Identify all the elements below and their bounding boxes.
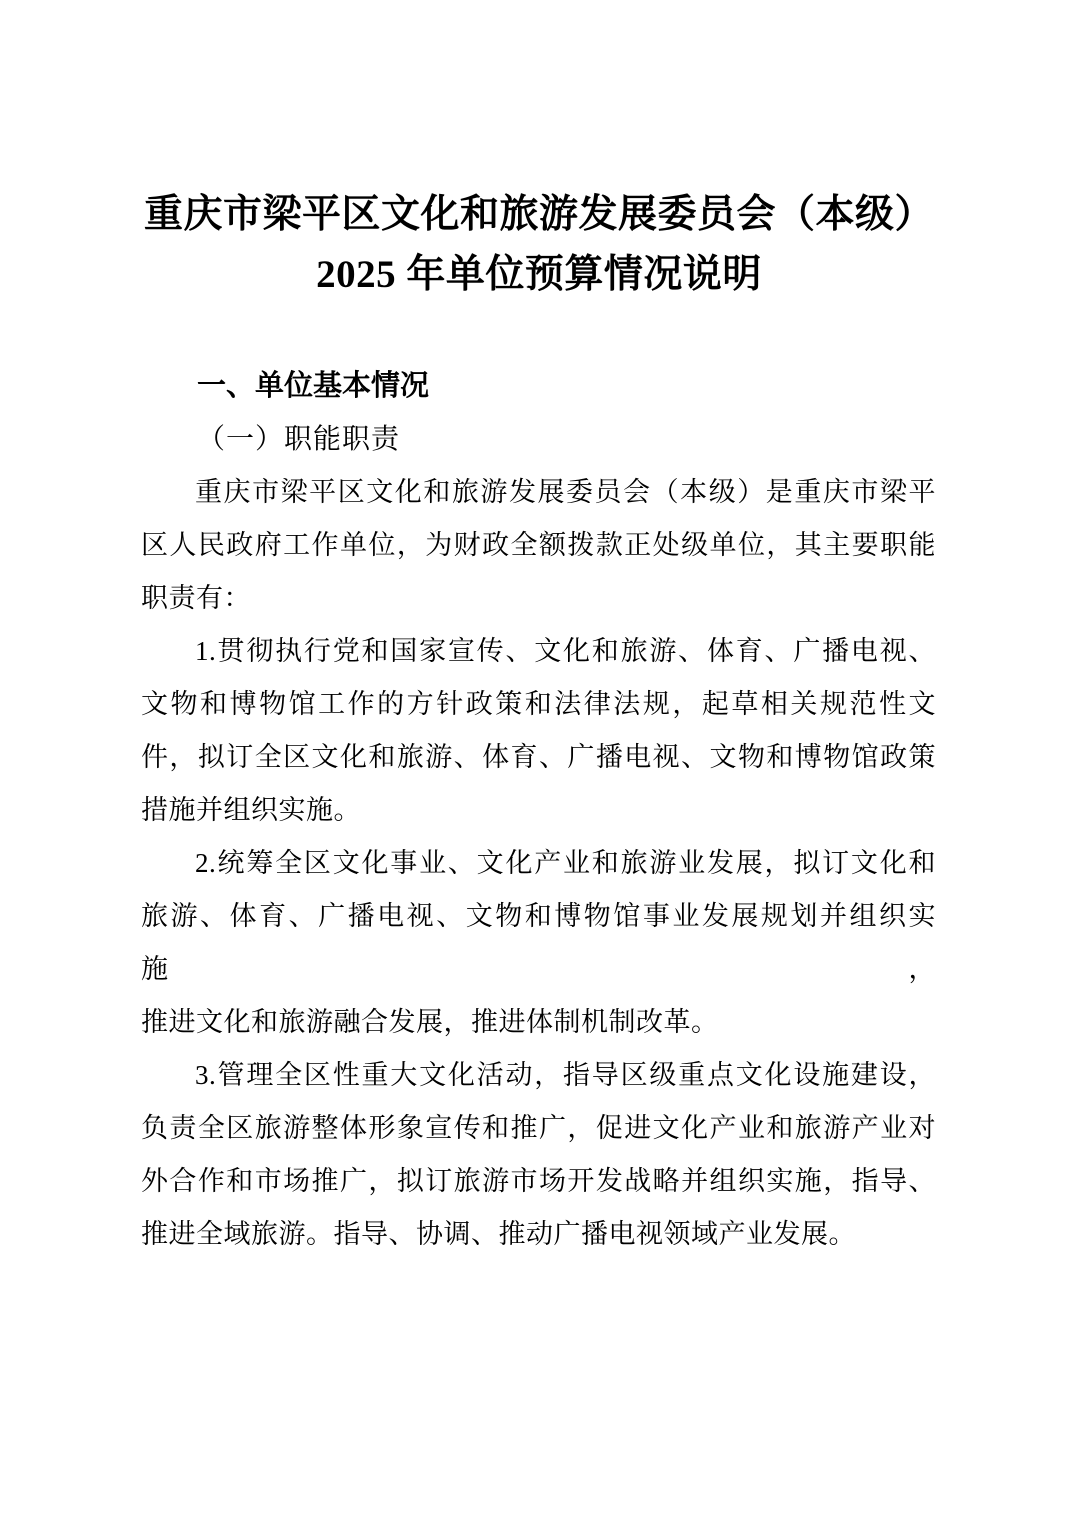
section-heading: 一、单位基本情况	[141, 360, 936, 413]
document-title-line-1: 重庆市梁平区文化和旅游发展委员会（本级）	[140, 185, 938, 245]
paragraph-line: 负责全区旅游整体形象宣传和推广，促进文化产业和旅游产业对	[141, 1102, 936, 1155]
paragraph-line: 文物和博物馆工作的方针政策和法律法规，起草相关规范性文	[141, 678, 936, 731]
document-body: 一、单位基本情况 （一）职能职责 重庆市梁平区文化和旅游发展委员会（本级）是重庆…	[141, 360, 936, 1261]
paragraph-line: 重庆市梁平区文化和旅游发展委员会（本级）是重庆市梁平	[141, 466, 936, 519]
document-title: 重庆市梁平区文化和旅游发展委员会（本级） 2025 年单位预算情况说明	[140, 185, 938, 305]
paragraph-line: 旅游、体育、广播电视、文物和博物馆事业发展规划并组织实施，	[141, 890, 936, 996]
paragraph-line: 推进文化和旅游融合发展，推进体制机制改革。	[141, 996, 936, 1049]
subsection-heading: （一）职能职责	[141, 413, 936, 466]
paragraph: 重庆市梁平区文化和旅游发展委员会（本级）是重庆市梁平区人民政府工作单位，为财政全…	[141, 466, 936, 625]
paragraph-line: 外合作和市场推广，拟订旅游市场开发战略并组织实施，指导、	[141, 1155, 936, 1208]
paragraph: 2.统筹全区文化事业、文化产业和旅游业发展，拟订文化和旅游、体育、广播电视、文物…	[141, 837, 936, 1049]
paragraph-line: 件，拟订全区文化和旅游、体育、广播电视、文物和博物馆政策	[141, 731, 936, 784]
paragraph-line: 1.贯彻执行党和国家宣传、文化和旅游、体育、广播电视、	[141, 625, 936, 678]
paragraph-line: 区人民政府工作单位，为财政全额拨款正处级单位，其主要职能	[141, 519, 936, 572]
paragraph-line: 措施并组织实施。	[141, 784, 936, 837]
paragraph: 3.管理全区性重大文化活动，指导区级重点文化设施建设，负责全区旅游整体形象宣传和…	[141, 1049, 936, 1261]
paragraph-line: 推进全域旅游。指导、协调、推动广播电视领域产业发展。	[141, 1208, 936, 1261]
paragraph-line: 2.统筹全区文化事业、文化产业和旅游业发展，拟订文化和	[141, 837, 936, 890]
paragraph: 1.贯彻执行党和国家宣传、文化和旅游、体育、广播电视、文物和博物馆工作的方针政策…	[141, 625, 936, 837]
document-title-line-2: 2025 年单位预算情况说明	[140, 245, 938, 305]
paragraph-line: 3.管理全区性重大文化活动，指导区级重点文化设施建设，	[141, 1049, 936, 1102]
document-page: 重庆市梁平区文化和旅游发展委员会（本级） 2025 年单位预算情况说明 一、单位…	[0, 0, 1074, 1520]
paragraphs-container: 重庆市梁平区文化和旅游发展委员会（本级）是重庆市梁平区人民政府工作单位，为财政全…	[141, 466, 936, 1261]
paragraph-line: 职责有：	[141, 572, 936, 625]
